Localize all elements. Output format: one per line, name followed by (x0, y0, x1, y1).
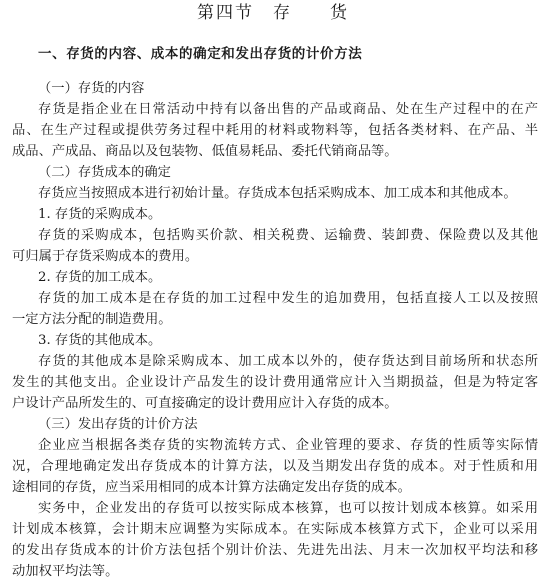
item-processing-cost: 2. 存货的加工成本。 (12, 267, 538, 288)
item-purchase-cost: 1. 存货的采购成本。 (12, 204, 538, 225)
body-text: （一）存货的内容 存货是指企业在日常活动中持有以备出售的产品或商品、处在生产过程… (12, 78, 538, 582)
paragraph-line: 发生的其他支出。企业设计产品发生的设计费用通常应计入当期损益，但是为特定客 (12, 372, 538, 393)
paragraph-line: 企业应当根据各类存货的实物流转方式、企业管理的要求、存货的性质等实际情 (12, 435, 538, 456)
section-title: 第四节 存 货 (0, 2, 546, 24)
subheading-cost: （二）存货成本的确定 (12, 162, 538, 183)
paragraph-line: 品、在生产过程或提供劳务过程中耗用的材料或物料等，包括各类材料、在产品、半 (12, 120, 538, 141)
paragraph-line: 成品、产成品、商品以及包装物、低值易耗品、委托代销商品等。 (12, 141, 538, 162)
document-page: 第四节 存 货 一、存货的内容、成本的确定和发出存货的计价方法 （一）存货的内容… (0, 0, 546, 582)
paragraph-line: 可归属于存货采购成本的费用。 (12, 246, 538, 267)
paragraph-line: 途相同的存货，应当采用相同的成本计算方法确定发出存货的成本。 (12, 477, 538, 498)
paragraph-line: 的发出存货成本的计价方法包括个别计价法、先进先出法、月末一次加权平均法和移 (12, 540, 538, 561)
section-heading: 一、存货的内容、成本的确定和发出存货的计价方法 (38, 44, 362, 64)
paragraph-line: 存货是指企业在日常活动中持有以备出售的产品或商品、处在生产过程中的在产 (12, 99, 538, 120)
paragraph-line: 实务中，企业发出的存货可以按实际成本核算，也可以按计划成本核算。如采用 (12, 498, 538, 519)
paragraph-line: 存货应当按照成本进行初始计量。存货成本包括采购成本、加工成本和其他成本。 (12, 183, 538, 204)
subheading-valuation: （三）发出存货的计价方法 (12, 414, 538, 435)
subheading-content: （一）存货的内容 (12, 78, 538, 99)
paragraph-line: 况，合理地确定发出存货成本的计算方法，以及当期发出存货的成本。对于性质和用 (12, 456, 538, 477)
paragraph-line: 一定方法分配的制造费用。 (12, 309, 538, 330)
item-other-cost: 3. 存货的其他成本。 (12, 330, 538, 351)
paragraph-line: 存货的加工成本是在存货的加工过程中发生的追加费用，包括直接人工以及按照 (12, 288, 538, 309)
paragraph-line: 户设计产品所发生的、可直接确定的设计费用应计入存货的成本。 (12, 393, 538, 414)
paragraph-line: 计划成本核算，会计期末应调整为实际成本。在实际成本核算方式下，企业可以采用 (12, 519, 538, 540)
paragraph-line: 存货的采购成本，包括购买价款、相关税费、运输费、装卸费、保险费以及其他 (12, 225, 538, 246)
paragraph-line: 动加权平均法等。 (12, 561, 538, 582)
paragraph-line: 存货的其他成本是除采购成本、加工成本以外的，使存货达到目前场所和状态所 (12, 351, 538, 372)
